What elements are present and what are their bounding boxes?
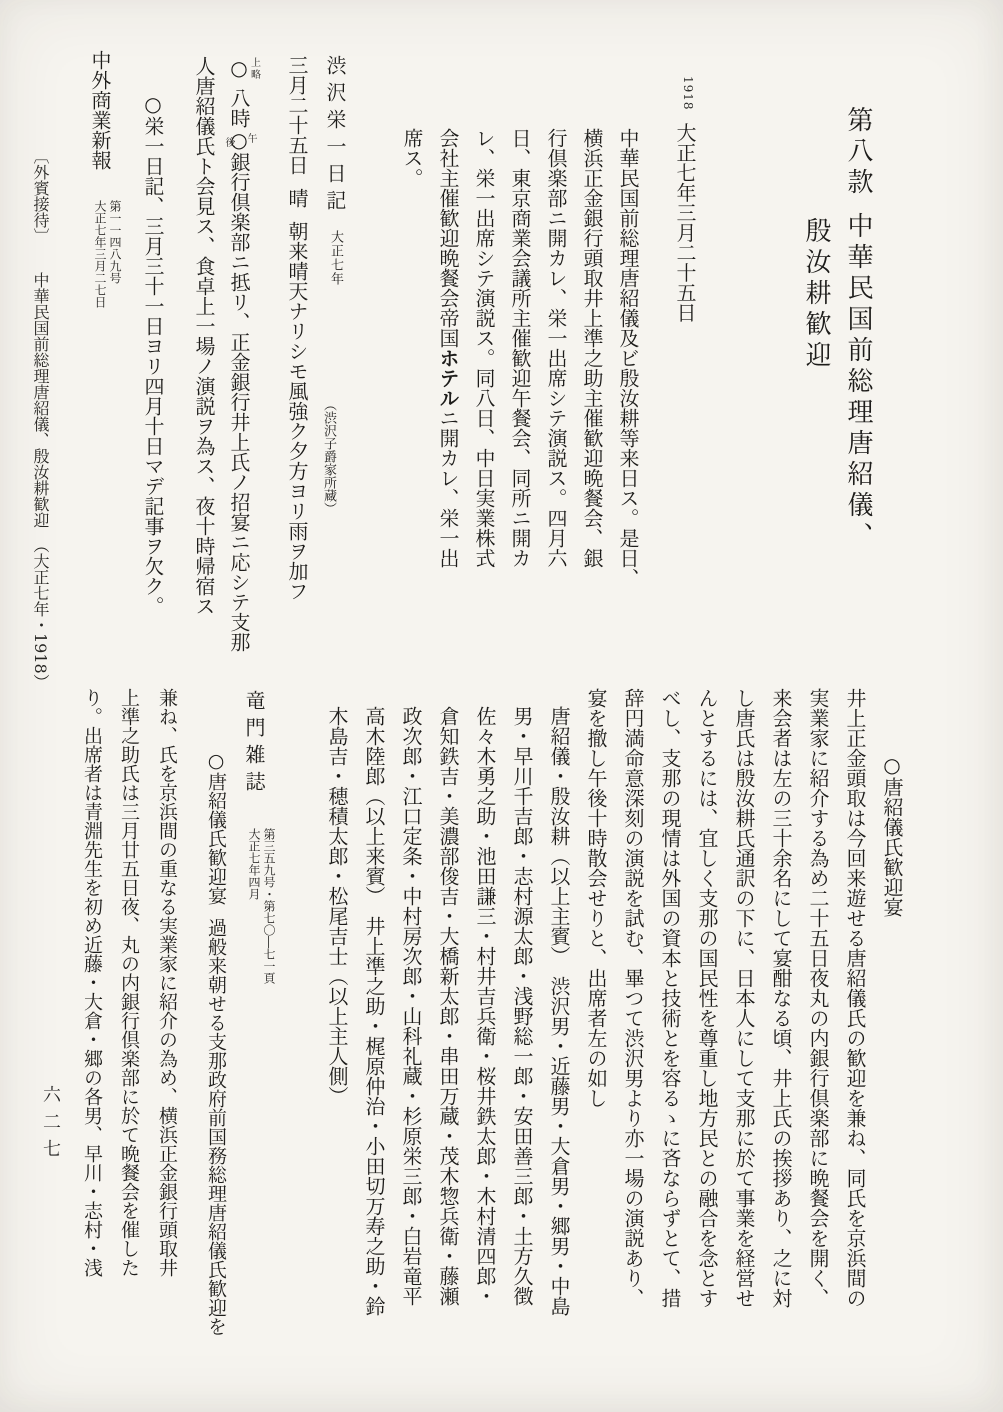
diary-weather: 晴: [285, 188, 309, 208]
source-period: 大正七年: [328, 230, 343, 286]
western-year: 1918: [681, 76, 695, 111]
omission-note: 上略: [249, 56, 260, 80]
source-issue-note: 第三五九号・第七〇―七一頁大正七年四月: [246, 828, 276, 984]
article-line: べし、支那の現情は外国の資本と技術とを容るゝに吝ならずとて、措: [658, 688, 682, 1356]
article-line: んとするには、宜しく支那の国民性を尊重し地方民との融合を念とす: [695, 688, 719, 1356]
source-citation-chugai: 中外商業新報第一一四八九号大正七年三月二七日: [88, 50, 122, 675]
summary-line: 横浜正金銀行頭取井上準之助主催歓迎晩餐会、銀: [580, 50, 604, 675]
entry-date: 大正七年三月二十五日: [673, 123, 697, 323]
article-line: し唐氏は殷汝耕氏通訳の下に、日本人にして支那に於て事業を経営せ: [732, 688, 756, 1356]
article-line: 兼ね、氏を京浜間の重なる実業家に紹介の為め、横浜正金銀行頭取井: [155, 688, 179, 1356]
summary-text: ニ開カレ、栄一出: [436, 408, 460, 568]
attendee-list-line: 男・早川千吉郎・志村源太郎・浅野総一郎・安田善三郎・土方久徴: [510, 688, 534, 1356]
article-line: 来会者は左の三十余名にして宴酣なる頃、井上氏の挨拶あり、之に対: [769, 688, 793, 1356]
kan-number: 第八款: [843, 106, 873, 199]
source-name: 中外商業新報: [88, 50, 112, 170]
margin-category: 〔外賓接待〕: [31, 148, 50, 244]
diary-weather-note: 朝来晴天ナリシモ風強ク夕方ヨリ雨ヲ加フ: [285, 221, 309, 601]
margin-title-text: 中華民国前総理唐紹儀、殷汝耕歓迎: [31, 272, 50, 528]
article-line: 実業家に紹介する為め二十五日夜丸の内銀行倶楽部に晩餐会を開く、: [806, 688, 830, 1356]
summary-line: 日、東京商業会議所主催歓迎午餐会、同所ニ開カ: [508, 50, 532, 675]
attendee-list-line: 政次郎・江口定条・中村房次郎・山科礼蔵・杉原栄三郎・白岩竜平: [399, 688, 423, 1356]
editor-note: ○栄一日記、三月三十一日ヨリ四月十日マデ記事ヲ欠ク。: [141, 50, 165, 675]
attendee-list-line: 唐紹儀・殷汝耕（以上主賓） 渋沢男・近藤男・大倉男・郷男・中島: [547, 688, 571, 1356]
article-line: 過般来朝せる支那政府前国務総理唐紹儀氏歓迎を: [205, 918, 227, 1336]
source-citation-diary: 渋沢栄一日記大正七年（渋沢子爵家所蔵）: [323, 50, 347, 675]
source-name: 渋沢栄一日記: [323, 55, 347, 217]
article-line: り。出席者は青淵先生を初め近藤・大倉・郷の各男、早川・志村・浅: [80, 688, 104, 1356]
attendee-list-line: 木島吉・穂積太郎・松尾吉士（以上主人側）: [325, 688, 349, 1356]
heading-title-line1: 中華民国前総理唐紹儀、: [843, 212, 873, 553]
page-number: 六二七: [37, 1085, 63, 1166]
article-headline: ○唐紹儀氏歓迎宴: [205, 750, 227, 905]
section-entry: 第八款中華民国前総理唐紹儀、 殷汝耕歓迎 1918大正七年三月二十五日 中華民国…: [88, 50, 873, 675]
scanned-book-page: 第八款中華民国前総理唐紹儀、 殷汝耕歓迎 1918大正七年三月二十五日 中華民国…: [0, 0, 1003, 1412]
insertion-note-right: 午: [238, 133, 262, 143]
summary-line: 席ス。: [400, 50, 424, 675]
article-line: 宴を撤し午後十時散会せりと、出席者左の如し: [584, 688, 608, 1356]
attendee-list-line: 佐々木勇之助・池田謙三・村井吉兵衛・桜井鉄太郎・木村清四郎・: [473, 688, 497, 1356]
margin-year: （大正七年・1918）: [31, 537, 50, 690]
heading-title-line2: 殷汝耕歓迎: [801, 50, 831, 675]
diary-line: 人唐紹儀氏ト会見ス、食卓上一場ノ演説ヲ為ス、夜十時帰宿ス: [192, 50, 216, 675]
article-line: 辞円満命意深刻の演説を試む、畢つて渋沢男より亦一場の演説あり、: [621, 688, 645, 1356]
diary-time: 八時: [227, 88, 251, 128]
issue-date: 大正七年四月: [246, 828, 261, 984]
diary-line: ○上略八時○午後銀行倶楽部ニ抵リ、正金銀行井上氏ノ招宴ニ応シテ支那: [227, 50, 259, 675]
margin-running-title: 〔外賓接待〕中華民国前総理唐紹儀、殷汝耕歓迎（大正七年・1918）: [30, 148, 50, 690]
article-line: 井上正金頭取は今回来遊せる唐紹儀氏の歓迎を兼ね、同氏を京浜間の: [843, 688, 867, 1356]
insertion-mark: ○午後: [227, 128, 251, 152]
source-provenance: （渋沢子爵家所蔵）: [321, 398, 336, 515]
summary-text: 会社主催歓迎晩餐会帝国: [436, 128, 460, 348]
source-name: 竜門雑誌: [242, 690, 266, 798]
diary-date-line: 三月二十五日晴朝来晴天ナリシモ風強ク夕方ヨリ雨ヲ加フ: [285, 50, 309, 675]
hotel-bold-text: ホテル: [436, 348, 460, 408]
issue-date: 大正七年三月二七日: [92, 200, 107, 308]
issue-number: 第一一四八九号: [107, 200, 122, 308]
source-issue-note: 第一一四八九号大正七年三月二七日: [92, 200, 122, 308]
entry-date-column: 1918大正七年三月二十五日: [673, 50, 697, 675]
article-headline-with-text: ○唐紹儀氏歓迎宴過般来朝せる支那政府前国務総理唐紹儀氏歓迎を: [204, 688, 228, 1356]
attendee-list-line: 倉知鉄吉・美濃部俊吉・大橋新太郎・串田万蔵・茂木惣兵衛・藤瀬: [436, 688, 460, 1356]
article-headline: ○唐紹儀氏歓迎宴: [880, 688, 904, 1356]
insertion-note-left: 後: [216, 137, 240, 147]
summary-line: 会社主催歓迎晩餐会帝国ホテルニ開カレ、栄一出: [436, 50, 460, 675]
diary-text: 銀行倶楽部ニ抵リ、正金銀行井上氏ノ招宴ニ応シテ支那: [227, 152, 251, 652]
section-articles: ○唐紹儀氏歓迎宴 井上正金頭取は今回来遊せる唐紹儀氏の歓迎を兼ね、同氏を京浜間の…: [80, 688, 904, 1356]
issue-number: 第三五九号・第七〇―七一頁: [261, 828, 276, 984]
summary-line: 中華民国前総理唐紹儀及ビ殷汝耕等来日ス。是日、: [616, 50, 640, 675]
source-citation-ryumon: 竜門雑誌第三五九号・第七〇―七一頁大正七年四月: [242, 688, 276, 1356]
attendee-list-line: 高木陸郎（以上来賓） 井上準之助・梶原仲治・小田切万寿之助・鈴: [362, 688, 386, 1356]
article-line: 上準之助氏は三月廿五日夜、丸の内銀行倶楽部に於て晩餐会を催した: [117, 688, 141, 1356]
summary-line: レ、栄一出席シテ演説ス。同八日、中日実業株式: [472, 50, 496, 675]
omission-mark: ○上略: [227, 56, 251, 80]
section-heading-column: 第八款中華民国前総理唐紹儀、: [843, 50, 873, 675]
summary-line: 行倶楽部ニ開カレ、栄一出席シテ演説ス。四月六: [544, 50, 568, 675]
diary-date: 三月二十五日: [285, 55, 309, 175]
